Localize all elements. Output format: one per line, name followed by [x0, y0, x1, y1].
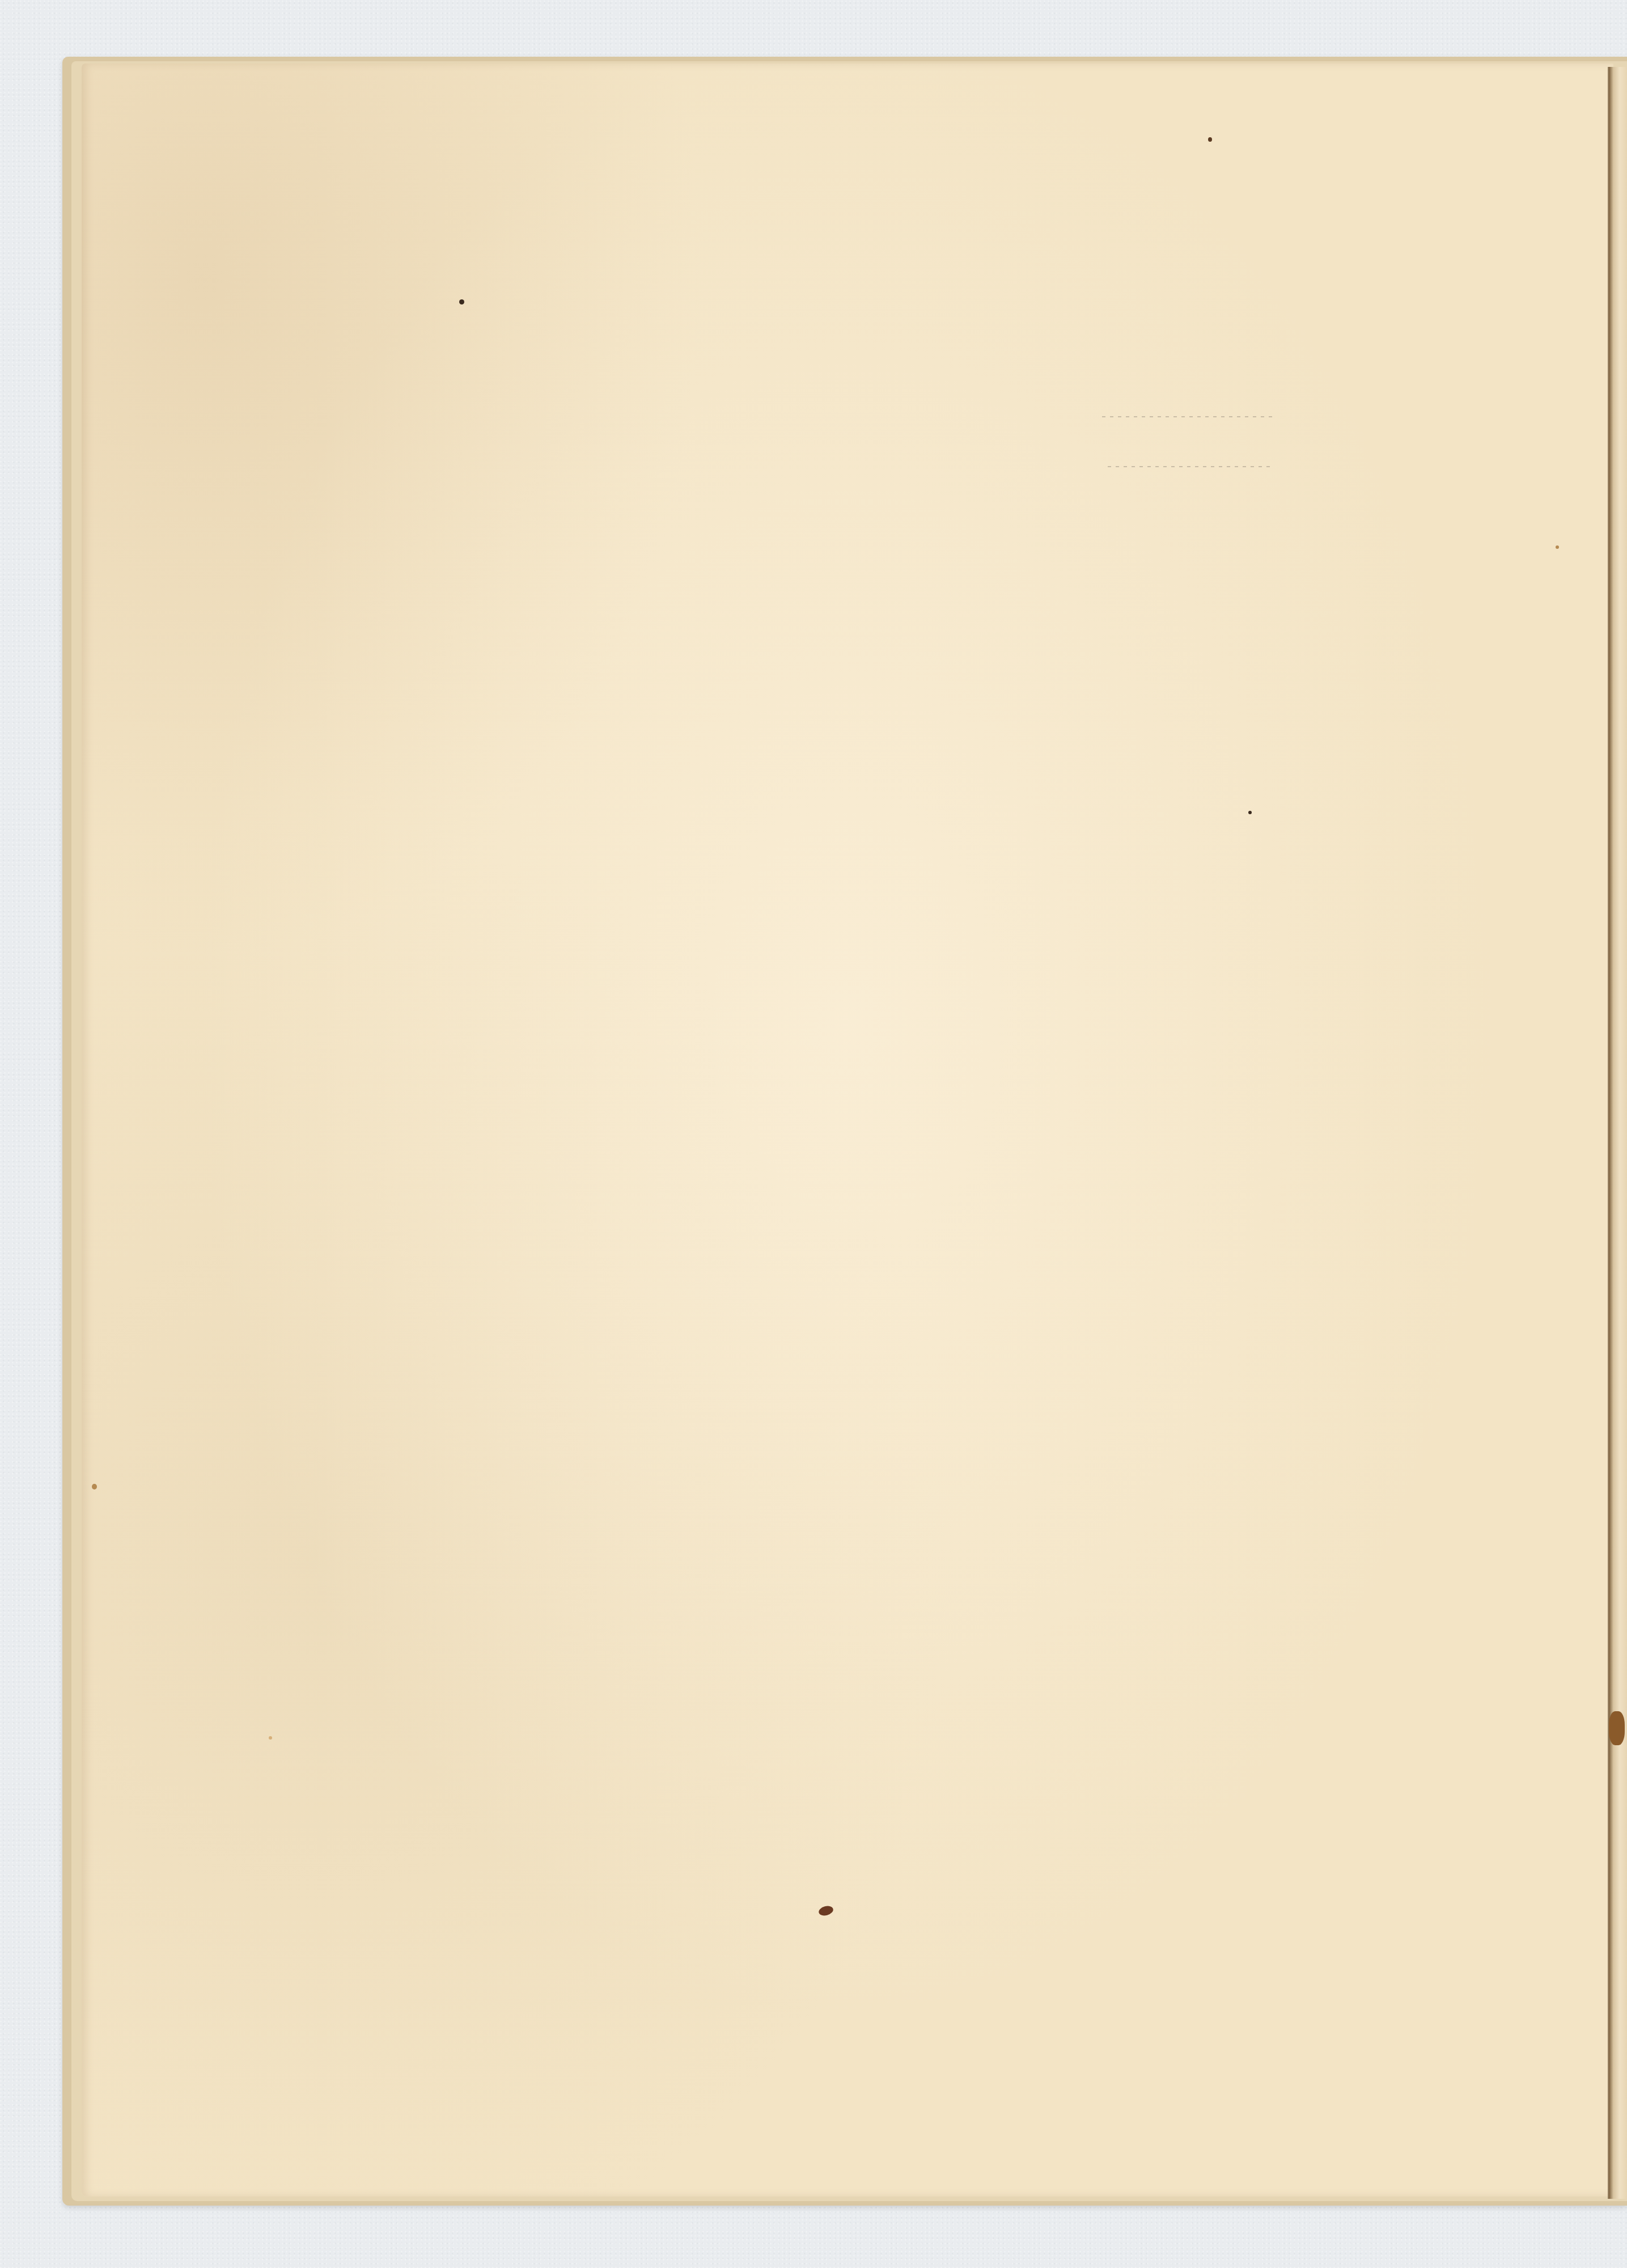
foxing-spot: [1248, 811, 1252, 814]
next-leaf-edge: [1609, 67, 1627, 2199]
foxing-spot: [92, 1484, 97, 1490]
pencil-marginalia: [1102, 404, 1317, 489]
foxing-spot: [817, 1905, 834, 1917]
foxing-spot: [269, 1736, 272, 1740]
foxing-spot: [459, 299, 464, 304]
pencil-line-2: [1108, 466, 1272, 467]
foxing-spot: [1208, 137, 1212, 142]
binding-stain: [1609, 1711, 1625, 1745]
pencil-line-1: [1102, 416, 1272, 417]
foxing-spot: [1556, 545, 1559, 549]
blank-page: [82, 64, 1613, 2197]
